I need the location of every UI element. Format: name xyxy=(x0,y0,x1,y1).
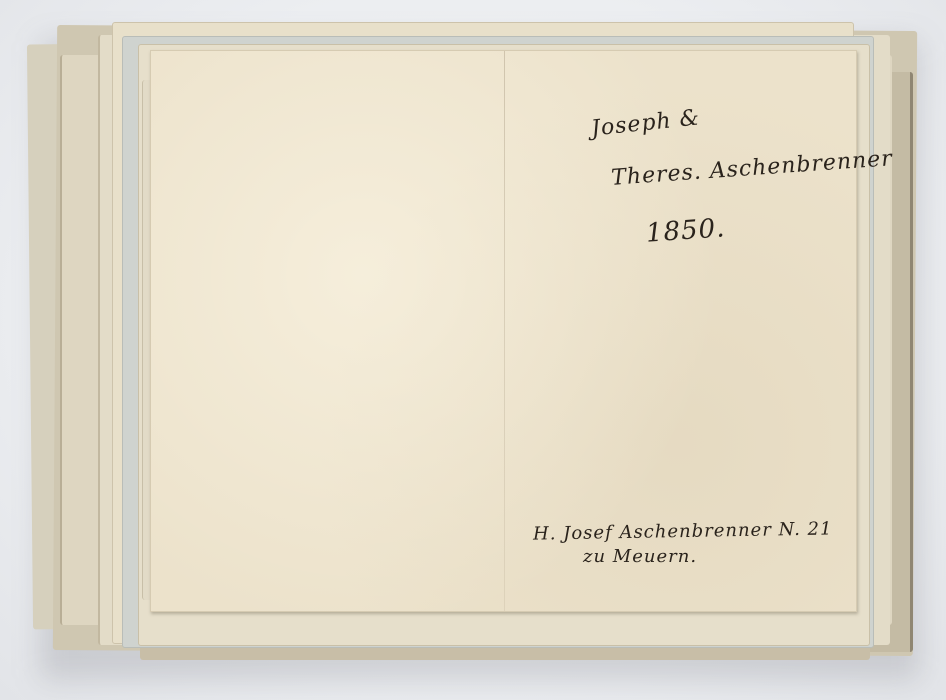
card-fold-line xyxy=(504,51,505,611)
top-folded-card: Joseph & Theres. Aschenbrenner 1850. H. … xyxy=(150,50,857,612)
handwriting-address-line2: zu Meuern. xyxy=(583,546,697,567)
handwriting-year: 1850. xyxy=(645,213,726,248)
handwriting-names-line1: Joseph & xyxy=(590,105,701,141)
handwriting-names-line2: Theres. Aschenbrenner xyxy=(610,146,893,191)
handwriting-address-line1: H. Josef Aschenbrenner N. 21 xyxy=(533,518,833,544)
